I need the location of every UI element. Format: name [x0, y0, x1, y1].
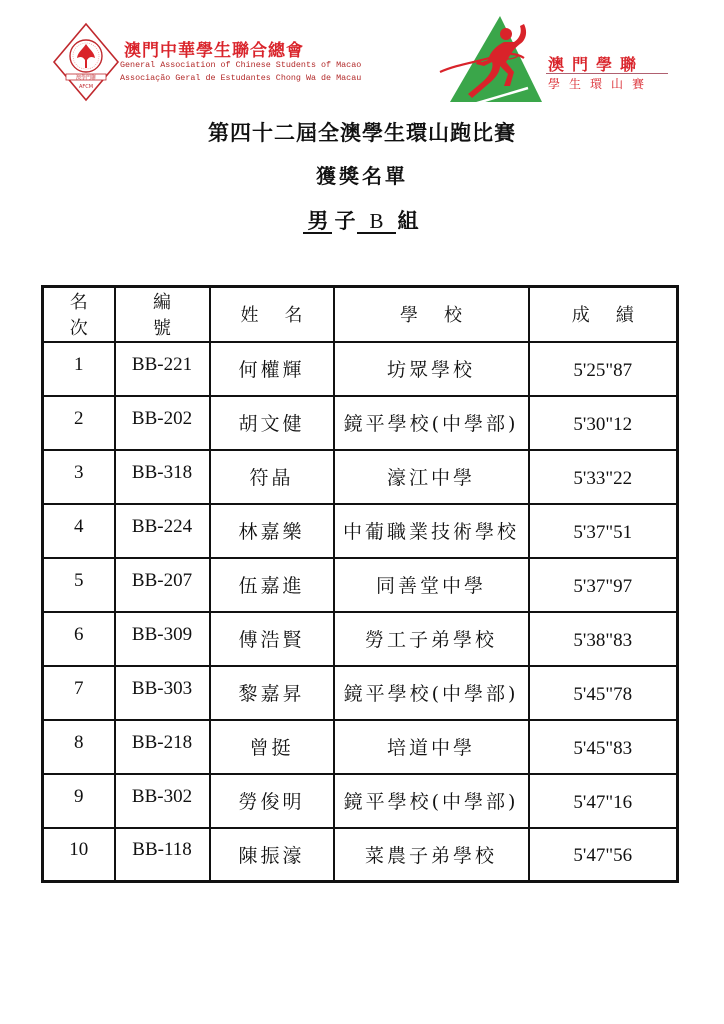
table-row: 4 BB-224 林嘉樂 中葡職業技術學校 5'37"51	[43, 504, 678, 558]
table-row: 1 BB-221 何權輝 坊眾學校 5'25"87	[43, 342, 678, 396]
rank-cell: 1	[43, 342, 115, 396]
category-title: 男子B組	[0, 205, 724, 235]
time-cell: 5'30"12	[529, 396, 678, 450]
table-row: 9 BB-302 勞俊明 鏡平學校(中學部) 5'47"16	[43, 774, 678, 828]
org-name-zh: 澳門中華學生聯合總會	[124, 36, 304, 61]
table-row: 3 BB-318 符晶 濠江中學 5'33"22	[43, 450, 678, 504]
rank-cell: 3	[43, 450, 115, 504]
rank-cell: 7	[43, 666, 115, 720]
bib-cell: BB-303	[115, 666, 210, 720]
time-cell: 5'47"56	[529, 828, 678, 882]
name-cell: 何權輝	[210, 342, 334, 396]
bib-cell: BB-207	[115, 558, 210, 612]
afcm-emblem-icon: 澳學門聯 AFCM	[52, 22, 120, 102]
time-cell: 5'45"78	[529, 666, 678, 720]
time-cell: 5'47"16	[529, 774, 678, 828]
header-rank: 名次	[43, 287, 115, 342]
bib-cell: BB-118	[115, 828, 210, 882]
time-cell: 5'33"22	[529, 450, 678, 504]
results-table: 名次 編號 姓名 學校 成績 1 BB-221 何權輝 坊眾學校 5'25"87…	[41, 285, 679, 883]
name-cell: 陳振濠	[210, 828, 334, 882]
time-cell: 5'45"83	[529, 720, 678, 774]
rank-cell: 2	[43, 396, 115, 450]
category-group: B	[357, 210, 395, 234]
svg-text:AFCM: AFCM	[79, 84, 93, 90]
school-cell: 菜農子弟學校	[334, 828, 529, 882]
name-cell: 伍嘉進	[210, 558, 334, 612]
table-header-row: 名次 編號 姓名 學校 成績	[43, 287, 678, 342]
time-cell: 5'38"83	[529, 612, 678, 666]
brand-name: 澳門學聯	[548, 52, 644, 75]
runner-triangle-icon	[438, 14, 548, 106]
header-name: 姓名	[210, 287, 334, 342]
org-name-pt: Associação Geral de Estudantes Chong Wa …	[120, 73, 361, 83]
name-cell: 曾挺	[210, 720, 334, 774]
header-time: 成績	[529, 287, 678, 342]
rank-cell: 8	[43, 720, 115, 774]
category-gender: 男	[303, 210, 332, 234]
school-cell: 同善堂中學	[334, 558, 529, 612]
bib-cell: BB-302	[115, 774, 210, 828]
svg-text:澳學門聯: 澳學門聯	[76, 74, 97, 81]
school-cell: 坊眾學校	[334, 342, 529, 396]
table-row: 6 BB-309 傅浩賢 勞工子弟學校 5'38"83	[43, 612, 678, 666]
table-row: 5 BB-207 伍嘉進 同善堂中學 5'37"97	[43, 558, 678, 612]
org-name-en: General Association of Chinese Students …	[120, 60, 361, 70]
header-school: 學校	[334, 287, 529, 342]
rank-cell: 5	[43, 558, 115, 612]
school-cell: 鏡平學校(中學部)	[334, 666, 529, 720]
school-cell: 培道中學	[334, 720, 529, 774]
school-cell: 鏡平學校(中學部)	[334, 774, 529, 828]
table-row: 10 BB-118 陳振濠 菜農子弟學校 5'47"56	[43, 828, 678, 882]
bib-cell: BB-224	[115, 504, 210, 558]
school-cell: 濠江中學	[334, 450, 529, 504]
table-row: 7 BB-303 黎嘉昇 鏡平學校(中學部) 5'45"78	[43, 666, 678, 720]
time-cell: 5'25"87	[529, 342, 678, 396]
bib-cell: BB-309	[115, 612, 210, 666]
header-bib: 編號	[115, 287, 210, 342]
rank-cell: 10	[43, 828, 115, 882]
name-cell: 勞俊明	[210, 774, 334, 828]
afcm-logo: 澳學門聯 AFCM 澳門中華學生聯合總會 General Association…	[52, 22, 312, 102]
rank-cell: 6	[43, 612, 115, 666]
category-suffix: 組	[396, 205, 421, 235]
time-cell: 5'37"97	[529, 558, 678, 612]
time-cell: 5'37"51	[529, 504, 678, 558]
bib-cell: BB-218	[115, 720, 210, 774]
bib-cell: BB-318	[115, 450, 210, 504]
brand-tagline: 學生環山賽	[548, 75, 653, 92]
table-row: 8 BB-218 曾挺 培道中學 5'45"83	[43, 720, 678, 774]
bib-cell: BB-202	[115, 396, 210, 450]
school-cell: 中葡職業技術學校	[334, 504, 529, 558]
name-cell: 符晶	[210, 450, 334, 504]
name-cell: 胡文健	[210, 396, 334, 450]
school-cell: 勞工子弟學校	[334, 612, 529, 666]
rank-cell: 9	[43, 774, 115, 828]
name-cell: 傅浩賢	[210, 612, 334, 666]
bib-cell: BB-221	[115, 342, 210, 396]
award-list-title: 獲獎名單	[0, 160, 724, 189]
event-title: 第四十二屆全澳學生環山跑比賽	[0, 117, 724, 147]
category-child: 子	[332, 205, 357, 235]
brand-divider	[546, 73, 668, 74]
school-cell: 鏡平學校(中學部)	[334, 396, 529, 450]
hill-race-logo: 澳門學聯 學生環山賽	[438, 14, 678, 106]
table-row: 2 BB-202 胡文健 鏡平學校(中學部) 5'30"12	[43, 396, 678, 450]
name-cell: 林嘉樂	[210, 504, 334, 558]
name-cell: 黎嘉昇	[210, 666, 334, 720]
rank-cell: 4	[43, 504, 115, 558]
